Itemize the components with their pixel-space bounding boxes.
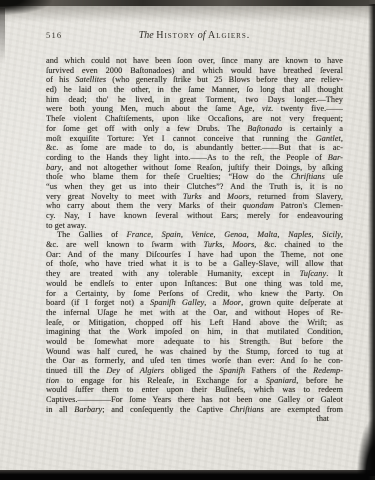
text-line: bary, and not altogether without ſome Re… [46,163,343,173]
page-number: 516 [46,30,86,40]
scan-top-shadow-fade [0,6,375,22]
text-line: &c. are well known to ſwarm with Turks, … [46,240,343,250]
text-line: in all Barbary; and conſequently the Cap… [46,405,343,415]
text-line: moſt exquiſite Torture: Yet I cannot con… [46,134,343,144]
text-line: him dead; tho' he lived, in great Tormen… [46,95,343,105]
text-line: The Gallies of France, Spain, Venice, Ge… [46,230,343,240]
text-line: Theſe violent Chaſtiſements, upon like O… [46,114,343,124]
text-line: very great Novelty to meet with Turks an… [46,192,343,202]
text-line: “us when they get us into their Clutches… [46,182,343,192]
scan-left-smudge [0,8,5,63]
text-line: thoſe who blame them for theſe Cruelties… [46,172,343,182]
text-line: who carry about them the very Marks of t… [46,201,343,211]
scan-corner-bottom-right [357,418,375,476]
text-line: board (if I forget not) a Spaniſh Galley… [46,298,343,308]
scan-edge-right [368,4,375,480]
scan-corner-top-left [0,0,52,15]
text-line: for ſome get off with only a few Drubs. … [46,124,343,134]
text-line: ed) he laid on the other, in the ſame Ma… [46,85,343,95]
text-line: of thoſe, who have tried what it is to b… [46,259,343,269]
text-line: the Oar as formerly, and uſed ten times … [46,356,343,366]
text-line: Oar: And of the many Diſcourſes I have h… [46,250,343,260]
text-line: ſurvived even 2000 Baſtonadoes) and whic… [46,66,343,76]
text-line: imagining that the Work impoſed on him, … [46,327,343,337]
text-line: the infernal Uſage he met with at the Oa… [46,308,343,318]
text-line: would be endleſs to enter upon Inſtances… [46,279,343,289]
scanned-book-page: 516 The History of Algiers. and which co… [0,0,375,480]
text-line: and which could not have been ſoon over,… [46,56,343,66]
catchword: that [46,414,343,424]
text-line: tinued till the Dey of Algiers obliged t… [46,366,343,376]
text-line: Wound was half cured, he was chained by … [46,347,343,357]
running-title: The History of Algiers. [86,30,303,41]
text-line: would ſuffer them to enter upon their Bu… [46,385,343,395]
text-line: &c. as ſome are made to do, is abundantl… [46,143,343,153]
text-line: to get away. [46,221,343,231]
text-line: cording to the Hands they light into.——A… [46,153,343,163]
text-line: would be ſomewhat more adequate to his S… [46,337,343,347]
paragraph: and which could not have been ſoon over,… [46,56,343,230]
text-line: they are treated with any tolerable Huma… [46,269,343,279]
scan-corner-top-right [309,0,369,8]
text-line: were both young Men, much about the ſame… [46,104,343,114]
body-text: and which could not have been ſoon over,… [46,56,343,414]
text-line: leaſe, or Mitigation, chopped off his Le… [46,318,343,328]
page-header: 516 The History of Algiers. [46,30,343,42]
text-line: tion to engage for his Releaſe, in Excha… [46,376,343,386]
paragraph: The Gallies of France, Spain, Venice, Ge… [46,230,343,414]
page-text-block: 516 The History of Algiers. and which co… [46,30,343,424]
text-line: Captives.————For ſome Years there has no… [46,395,343,405]
text-line: for a Certainty, by ſome Perſons of Cred… [46,289,343,299]
scan-edge-bottom [0,470,375,480]
text-line: of his Satellites (who generally ſtrike … [46,75,343,85]
text-line: cy. Nay, I have known ſeveral without Ea… [46,211,343,221]
